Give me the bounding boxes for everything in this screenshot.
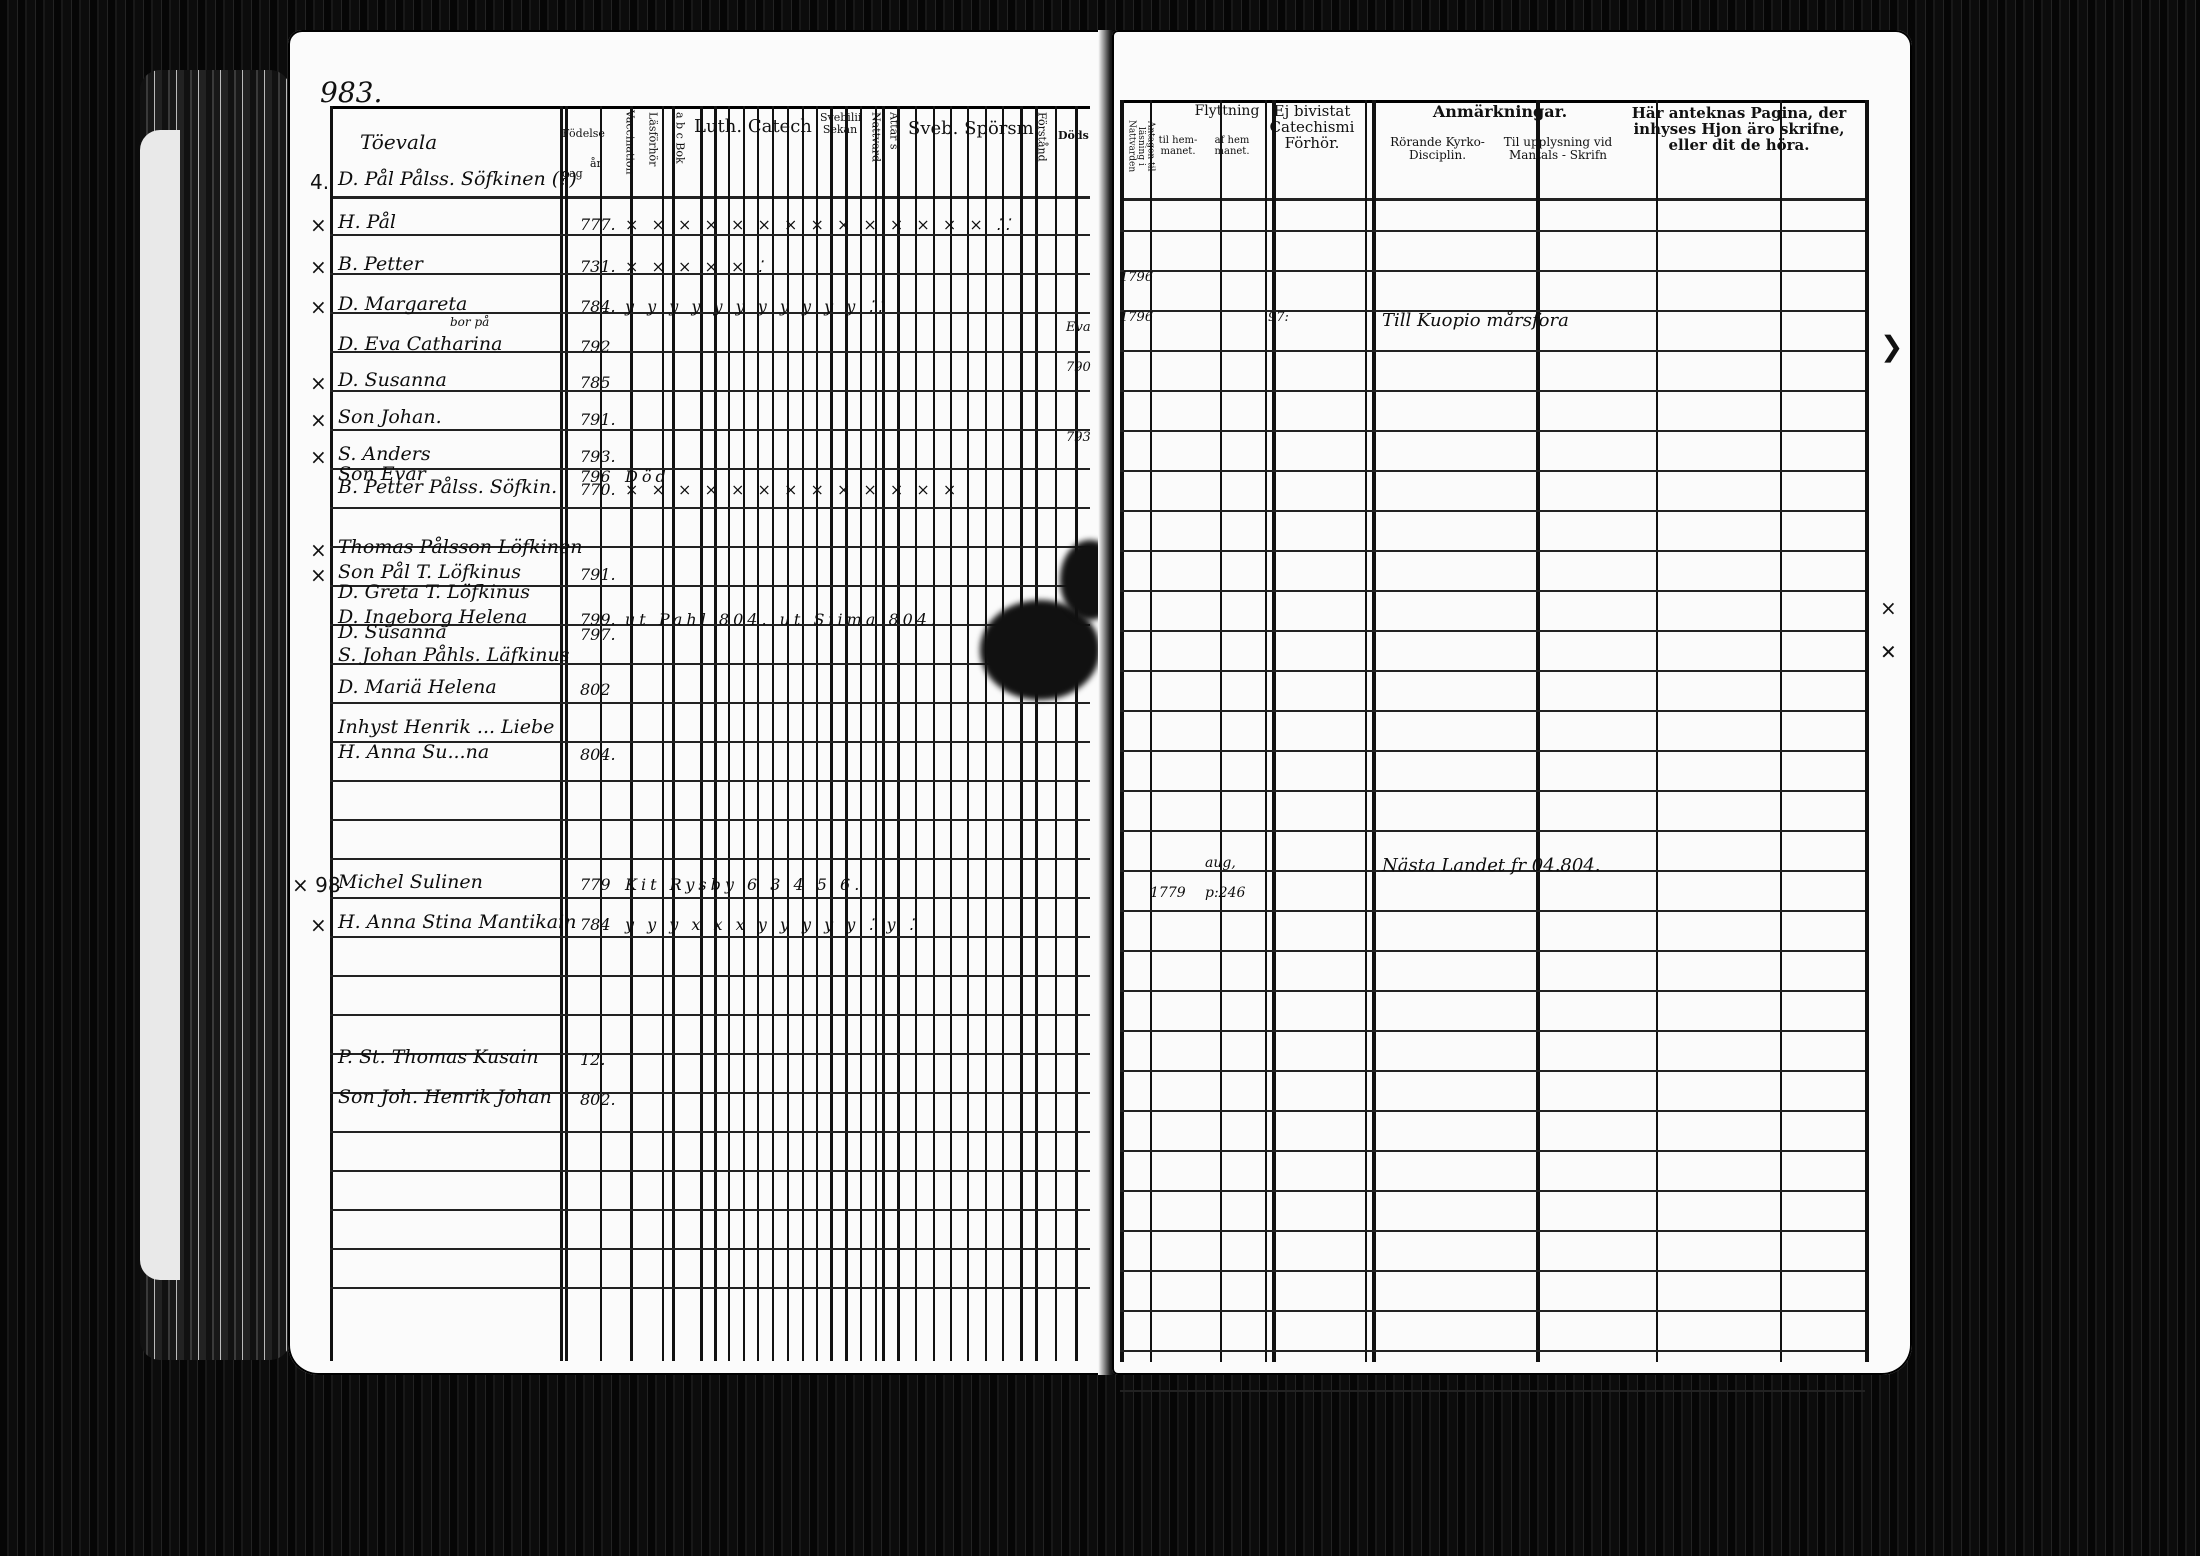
- grid-row-line: [1120, 1190, 1865, 1192]
- grid-row-line: [1120, 1030, 1865, 1032]
- grid-column-line: [714, 106, 717, 1361]
- row-name: D. Margareta: [338, 293, 467, 315]
- row-margin-mark: ×: [310, 563, 327, 587]
- death-entry: Eva: [1066, 320, 1091, 335]
- row-margin-mark: ×: [310, 408, 327, 432]
- row-name: Thomas Pålsson Löfkinen: [338, 536, 582, 558]
- row-birth-year: 802.: [580, 1090, 616, 1109]
- grid-column-line: [1372, 100, 1376, 1362]
- grid-column-line: [630, 106, 633, 1361]
- grid-row-line: [1120, 630, 1865, 632]
- grid-row-line: [1120, 710, 1865, 712]
- header-nattvard: Nattvard: [870, 112, 882, 162]
- grid-row-line: [330, 702, 1090, 704]
- grid-row-line: [1120, 1390, 1865, 1392]
- grid-row-line: [330, 975, 1090, 977]
- row-birth-year: 784: [580, 915, 611, 934]
- grid-column-line: [1656, 100, 1658, 1362]
- page-edges: [140, 130, 180, 1280]
- grid-column-line: [728, 106, 730, 1361]
- grid-column-line: [1780, 100, 1782, 1362]
- grid-row-line: [1120, 1270, 1865, 1272]
- row-margin-mark: ×: [310, 213, 327, 237]
- margin-mark: ×: [1880, 596, 1897, 620]
- row-margin-mark: ×: [310, 371, 327, 395]
- row-name: S. Anders: [338, 443, 431, 465]
- row-name: D. Susanna: [338, 369, 447, 391]
- header-name-column: Töevala: [360, 132, 437, 153]
- header-vaccination: Vaccination: [624, 110, 636, 175]
- entry-flyttning-out: p:246: [1205, 885, 1245, 901]
- header-flyttning-out: af hem manet.: [1206, 136, 1258, 157]
- right-register-grid: [1120, 100, 1865, 1362]
- grid-column-line: [1865, 100, 1869, 1362]
- header-dods: Döds: [1058, 130, 1089, 142]
- grid-column-line: [772, 106, 774, 1361]
- header-svebilii: Svebilii Sekan: [820, 112, 860, 135]
- header-fodelse: Födelse: [562, 128, 605, 140]
- row-margin-mark: ×: [310, 255, 327, 279]
- grid-column-line: [915, 106, 917, 1361]
- grid-row-line: [1120, 390, 1865, 392]
- entry-ej-bivistat: 97:: [1268, 310, 1289, 325]
- grid-column-line: [700, 106, 703, 1361]
- row-birth-year: 802: [580, 680, 611, 699]
- grid-column-line: [1220, 100, 1222, 1362]
- row-birth-year: 12.: [580, 1050, 605, 1069]
- row-name: Inhyst Henrik ... Liebe: [338, 716, 554, 738]
- row-name: H. Pål: [338, 211, 396, 233]
- row-name: B. Petter: [338, 253, 423, 275]
- row-birth-year: 779: [580, 875, 611, 894]
- header-luth-catech: Luth. Catech: [694, 118, 812, 137]
- row-name: Son Joh. Henrik Johan: [338, 1086, 552, 1108]
- grid-row-line: [330, 936, 1090, 938]
- row-birth-year: 770.: [580, 480, 616, 499]
- grid-row-line: [330, 468, 1090, 470]
- row-name: D. Greta T. Löfkinus: [338, 581, 530, 603]
- grid-column-line: [565, 106, 568, 1361]
- grid-row-line: [330, 1170, 1090, 1172]
- row-exam-marks: ut Pahl 804. ut Siima 804.: [625, 610, 940, 629]
- row-name: D. Mariä Helena: [338, 676, 497, 698]
- row-margin-mark: ×: [310, 445, 327, 469]
- row-exam-marks: y y y x x x y y y y y ⁚ y ⁚: [625, 915, 918, 934]
- grid-row-line: [1120, 830, 1865, 832]
- row-birth-year: 784.: [580, 297, 616, 316]
- grid-row-line: [1120, 1350, 1865, 1352]
- row-birth-year: 793.: [580, 447, 616, 466]
- margin-mark: ✕: [1880, 640, 1897, 664]
- grid-column-line: [1035, 106, 1038, 1361]
- row-name: D. Pål Pålss. Söfkinen (?): [338, 168, 577, 190]
- grid-column-line: [1020, 106, 1023, 1361]
- row-name: Son Johan.: [338, 406, 442, 428]
- grid-row-line: [1120, 430, 1865, 432]
- row-exam-marks: × × × × × ⁚: [625, 257, 767, 276]
- row-birth-year: 791.: [580, 410, 616, 429]
- row-birth-year: 797.: [580, 625, 616, 644]
- grid-column-line: [1265, 100, 1267, 1362]
- grid-column-line: [1150, 100, 1152, 1362]
- grid-row-line: [330, 507, 1090, 509]
- grid-column-line: [1536, 100, 1540, 1362]
- grid-column-line: [816, 106, 818, 1361]
- grid-row-line: [1120, 1150, 1865, 1152]
- row-name: D. Susanna: [338, 621, 447, 643]
- row-birth-year: 792: [580, 337, 611, 356]
- row-name-note: bor på: [450, 315, 489, 329]
- death-entry: 790: [1066, 360, 1091, 375]
- row-name: B. Petter Pålss. Söfkin.: [338, 476, 557, 498]
- grid-column-line: [1055, 106, 1057, 1361]
- row-birth-year: 804.: [580, 745, 616, 764]
- grid-row-line: [1120, 230, 1865, 232]
- header-attar: Attar s: [888, 112, 900, 150]
- row-name: P. St. Thomas Kusain: [338, 1046, 539, 1068]
- grid-column-line: [662, 106, 664, 1361]
- row-name: H. Anna Stina Mantikain: [338, 911, 576, 933]
- grid-column-line: [897, 106, 900, 1361]
- header-kyrko-disciplin: Rörande Kyrko- Disciplin.: [1380, 136, 1495, 161]
- header-forstand: Förstånd: [1036, 112, 1048, 162]
- page-number: 983.: [320, 76, 382, 109]
- grid-column-line: [933, 106, 935, 1361]
- grid-row-line: [1120, 950, 1865, 952]
- entry-kyrko: Till Kuopio mårsfora: [1382, 310, 1569, 331]
- grid-column-line: [1075, 106, 1078, 1361]
- grid-row-line: [1120, 910, 1865, 912]
- grid-column-line: [950, 106, 952, 1361]
- grid-column-line: [845, 106, 848, 1361]
- grid-row-line: [330, 1248, 1090, 1250]
- grid-row-line: [1120, 1110, 1865, 1112]
- grid-column-line: [985, 106, 987, 1361]
- book-spine-left: [140, 70, 290, 1360]
- grid-column-line: [967, 106, 969, 1361]
- row-exam-marks: Kit Rysby 6 3 4 5 6.: [625, 875, 863, 894]
- header-sveb-sporsm: Sveb. Spörsm.: [908, 120, 1039, 139]
- grid-column-line: [1002, 106, 1004, 1361]
- entry-flyttning-out: aug,: [1205, 855, 1236, 871]
- row-name: D. Eva Catharina: [338, 333, 502, 355]
- row-exam-marks: × × × × × × × × × × × × × × ⁚⁚: [625, 215, 1014, 234]
- grid-row-line: [330, 1131, 1090, 1133]
- entry-kyrko: Nästa Landet fr 04.804.: [1382, 855, 1601, 876]
- grid-column-line: [1120, 100, 1124, 1362]
- grid-column-line: [875, 106, 877, 1361]
- header-pagina: Här anteknas Pagina, der inhyses Hjon är…: [1624, 106, 1854, 153]
- row-birth-year: 785: [580, 373, 611, 392]
- row-birth-year: 777.: [580, 215, 616, 234]
- grid-row-line: [1120, 550, 1865, 552]
- grid-row-line: [330, 1209, 1090, 1211]
- grid-column-line: [330, 106, 333, 1361]
- grid-row-line: [1120, 470, 1865, 472]
- grid-row-line: [1120, 790, 1865, 792]
- grid-row-line: [330, 429, 1090, 431]
- grid-column-line: [600, 106, 602, 1361]
- grid-row-line: [1120, 750, 1865, 752]
- grid-row-line: [330, 897, 1090, 899]
- grid-column-line: [1365, 100, 1367, 1362]
- entry-antagen: 1796: [1120, 310, 1153, 325]
- row-name: H. Anna Su...na: [338, 741, 489, 763]
- row-margin-mark: ×: [310, 913, 327, 937]
- row-birth-year: 731.: [580, 257, 616, 276]
- grid-row-line: [1120, 1310, 1865, 1312]
- row-name: Michel Sulinen: [338, 871, 483, 893]
- grid-column-line: [882, 106, 885, 1361]
- grid-row-line: [1120, 1070, 1865, 1072]
- grid-row-line: [1120, 1230, 1865, 1232]
- entry-antagen: 1796: [1120, 270, 1153, 285]
- row-name: Son Pål T. Löfkinus: [338, 561, 521, 583]
- death-entry: 793: [1066, 430, 1091, 445]
- grid-row-line: [330, 234, 1090, 236]
- header-mantals-skrifn: Til upplysning vid Mantals - Skrifn: [1498, 136, 1618, 161]
- grid-column-line: [802, 106, 804, 1361]
- grid-row-line: [330, 858, 1090, 860]
- header-abc-bok: a b c Bok: [674, 112, 686, 164]
- margin-mark: ❯: [1880, 330, 1903, 363]
- grid-column-line: [743, 106, 745, 1361]
- grid-row-line: [1120, 510, 1865, 512]
- grid-row-line: [330, 1014, 1090, 1016]
- grid-column-line: [757, 106, 759, 1361]
- grid-row-line: [1120, 990, 1865, 992]
- grid-row-line: [1120, 270, 1865, 272]
- row-margin-mark: ×: [310, 538, 327, 562]
- header-fodelse-ar: år: [590, 158, 602, 170]
- row-margin-mark: × 98: [292, 873, 341, 897]
- row-birth-year: 791.: [580, 565, 616, 584]
- header-antagen: Antagen til läsning i Nattvarden: [1126, 104, 1154, 189]
- grid-column-line: [560, 106, 563, 1361]
- header-flyttning-in: til hem- manet.: [1152, 136, 1204, 157]
- row-margin-mark: 4.: [310, 170, 329, 194]
- row-margin-mark: ×: [310, 295, 327, 319]
- grid-column-line: [787, 106, 789, 1361]
- grid-row-line: [330, 819, 1090, 821]
- header-anmarkningar: Anmärkningar.: [1380, 104, 1620, 121]
- grid-column-line: [830, 106, 833, 1361]
- grid-row-line: [330, 780, 1090, 782]
- header-ej-bivistat: Ej bivistat Catechismi Förhör.: [1262, 104, 1362, 151]
- row-exam-marks: × × × × × × × × × × × × ×: [625, 480, 960, 499]
- grid-column-line: [672, 106, 675, 1361]
- grid-row-line: [330, 1287, 1090, 1289]
- header-lasforhor: Läsförhör: [647, 112, 659, 166]
- entry-flyttning-in: 1779: [1150, 885, 1186, 901]
- grid-row-line: [1120, 590, 1865, 592]
- row-name: S. Johan Påhls. Läfkinus: [338, 644, 570, 666]
- grid-row-line: [1120, 670, 1865, 672]
- grid-row-line: [1120, 350, 1865, 352]
- grid-column-line: [860, 106, 862, 1361]
- row-exam-marks: y y y y y y y y y y y ⁚⁚: [625, 297, 887, 316]
- grid-column-line: [1272, 100, 1276, 1362]
